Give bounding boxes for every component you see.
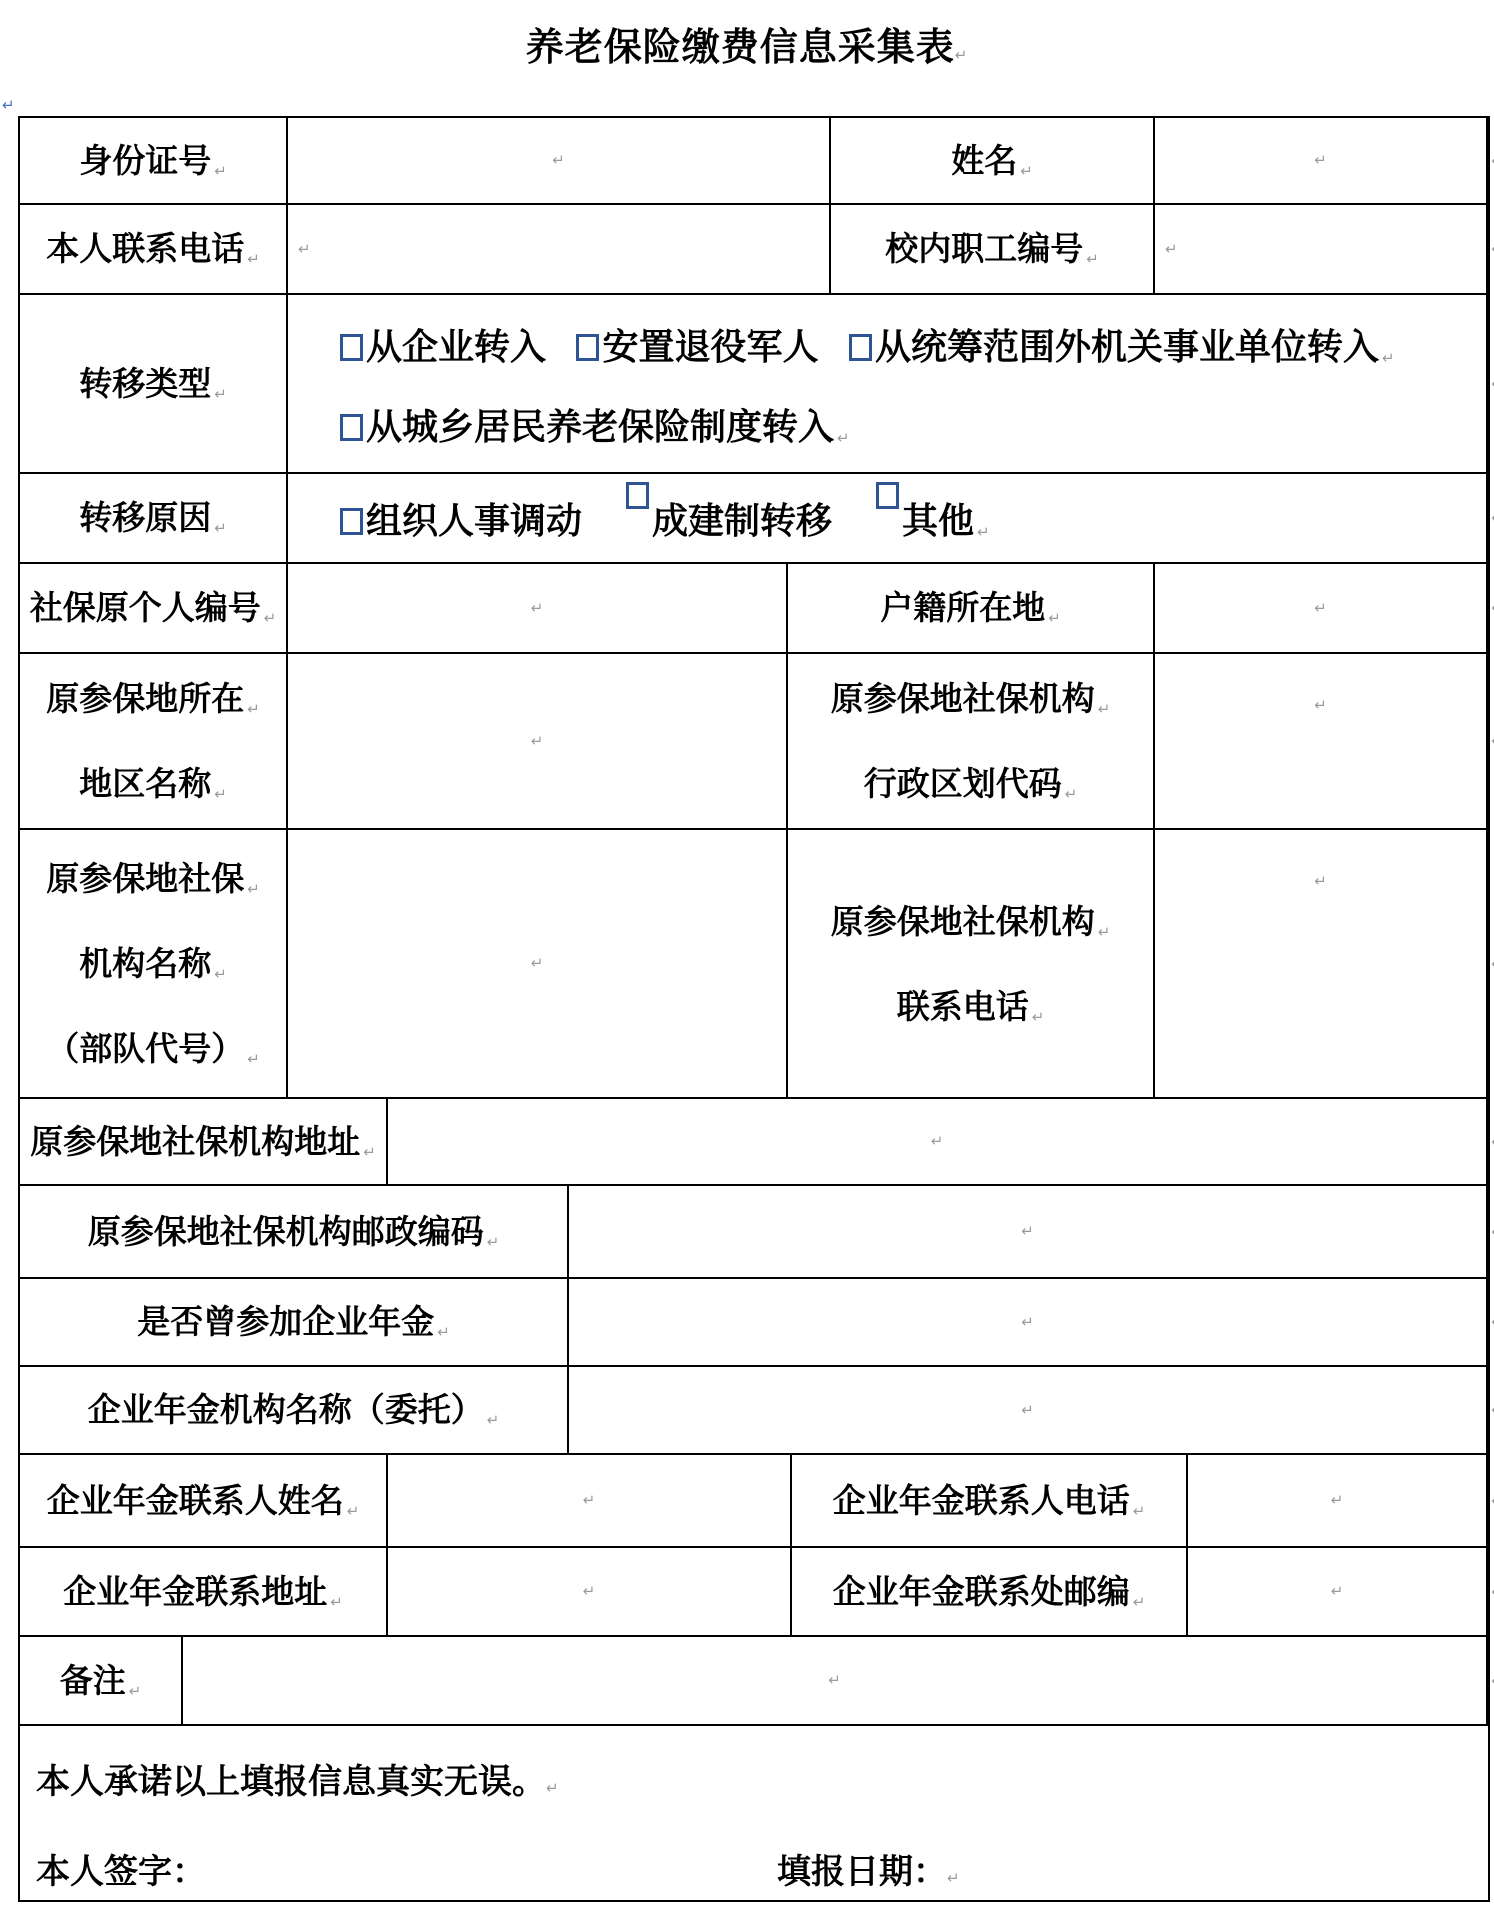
paragraph-mark: ↵ (1314, 601, 1327, 616)
paragraph-mark: ↵ (583, 1493, 596, 1508)
agency-name-field[interactable]: ↵ (288, 830, 788, 1097)
paragraph-mark: ↵ (363, 1145, 376, 1160)
staff-number-label: 校内职工编号↵ (831, 205, 1155, 293)
paragraph-mark: ↵ (214, 521, 227, 536)
paragraph-mark: ↵ (437, 1325, 450, 1340)
checkbox-from-outside-institution[interactable] (849, 334, 872, 361)
option-personnel-transfer[interactable]: 组织人事调动 (340, 493, 582, 544)
agency-postcode-field[interactable]: ↵ (569, 1186, 1488, 1277)
agency-address-label-text: 原参保地社保机构地址 (30, 1123, 360, 1160)
personal-phone-label: 本人联系电话↵ (20, 205, 288, 293)
paragraph-mark: ↵ (298, 242, 311, 257)
personal-phone-field[interactable]: ↵ (288, 205, 831, 293)
paragraph-mark: ↵ (487, 1235, 500, 1250)
checkbox-personnel-transfer[interactable] (340, 508, 363, 535)
form-title-text: 养老保险缴费信息采集表 (526, 27, 955, 69)
paragraph-mark: ↵ (531, 734, 544, 749)
paragraph-mark: ↵ (1165, 242, 1178, 257)
option-from-outside-institution[interactable]: 从统筹范围外机关事业单位转入↵ (849, 319, 1395, 370)
household-location-label-text: 户籍所在地 (880, 589, 1045, 626)
id-number-label: 身份证号↵ (20, 118, 288, 203)
signature-label[interactable]: 本人签字： (36, 1844, 206, 1893)
agency-division-code-field[interactable]: ↵ (1155, 654, 1488, 828)
row-transfer-type: 转移类型↵ 从企业转入 安置退役军人 从统筹范围外机关事业单位转入↵ 从城乡居民… (20, 295, 1488, 474)
form-table: 身份证号↵ ↵ 姓名↵ ↵ ↵ 本人联系电话↵ ↵ 校内职工编号↵ (18, 116, 1490, 1902)
household-location-field[interactable]: ↵ (1155, 564, 1488, 652)
paragraph-mark: ↵ (552, 153, 565, 168)
paragraph-mark: ↵ (531, 601, 544, 616)
checkbox-from-enterprise[interactable] (340, 334, 363, 361)
paragraph-mark: ↵ (129, 1684, 142, 1699)
row-agency-name: 原参保地社保↵ 机构名称↵ （部队代号）↵ ↵ 原参保地社保机构↵ 联系电话↵ … (20, 830, 1488, 1099)
original-region-name-label-line1: 原参保地所在 (46, 680, 244, 717)
option-veteran-placement[interactable]: 安置退役军人 (576, 319, 818, 370)
paragraph-mark: ↵ (1021, 1403, 1034, 1418)
annuity-joined-label: 是否曾参加企业年金↵ (20, 1279, 569, 1365)
annuity-contact-phone-label: 企业年金联系人电话↵ (792, 1455, 1188, 1546)
page: ↵ 养老保险缴费信息采集表↵ 身份证号↵ ↵ 姓名↵ ↵ ↵ 本人联系电话↵ (0, 0, 1494, 1915)
original-ss-number-label: 社保原个人编号↵ (20, 564, 288, 652)
paragraph-mark: ↵ (1048, 611, 1061, 626)
original-ss-number-label-text: 社保原个人编号 (30, 589, 261, 626)
transfer-reason-label-text: 转移原因 (79, 499, 211, 536)
id-number-label-text: 身份证号 (79, 142, 211, 179)
row-id-name: 身份证号↵ ↵ 姓名↵ ↵ ↵ (20, 118, 1488, 205)
form-title: 养老保险缴费信息采集表↵ (0, 16, 1494, 71)
option-from-enterprise[interactable]: 从企业转入 (340, 319, 546, 370)
agency-phone-label-line1: 原参保地社保机构 (831, 903, 1095, 940)
option-organized-transfer-text: 成建制转移 (652, 500, 832, 541)
row-annuity-org: 企业年金机构名称（委托）↵ ↵ ↵ (20, 1367, 1488, 1455)
annuity-postcode-field[interactable]: ↵ (1188, 1548, 1488, 1635)
agency-phone-field[interactable]: ↵ (1155, 830, 1488, 1097)
annuity-org-label-text: 企业年金机构名称（委托） (88, 1391, 484, 1428)
paragraph-mark: ↵ (931, 1134, 944, 1149)
annuity-org-label: 企业年金机构名称（委托）↵ (20, 1367, 569, 1453)
agency-address-label: 原参保地社保机构地址↵ (20, 1099, 388, 1184)
row-footer: 本人承诺以上填报信息真实无误。↵ 本人签字： 填报日期：↵ (20, 1726, 1488, 1900)
agency-name-label-line1: 原参保地社保 (46, 860, 244, 897)
agency-name-label: 原参保地社保↵ 机构名称↵ （部队代号）↵ (20, 830, 288, 1097)
paragraph-mark: ↵ (1314, 698, 1327, 713)
original-region-name-label-line2: 地区名称 (79, 765, 211, 802)
annuity-org-field[interactable]: ↵ (569, 1367, 1488, 1453)
paragraph-mark: ↵ (1021, 1224, 1034, 1239)
page-anchor-mark: ↵ (2, 96, 15, 114)
paragraph-mark: ↵ (330, 1595, 343, 1610)
pledge-statement-text: 本人承诺以上填报信息真实无误。 (36, 1763, 546, 1801)
paragraph-mark: ↵ (977, 525, 990, 540)
paragraph-mark: ↵ (264, 611, 277, 626)
row-annuity-contact: 企业年金联系人姓名↵ ↵ 企业年金联系人电话↵ ↵ ↵ (20, 1455, 1488, 1548)
paragraph-mark: ↵ (955, 47, 969, 64)
annuity-contact-name-label: 企业年金联系人姓名↵ (20, 1455, 388, 1546)
option-personnel-transfer-text: 组织人事调动 (366, 500, 582, 541)
original-region-name-label: 原参保地所在↵ 地区名称↵ (20, 654, 288, 828)
transfer-type-options-line1: 从企业转入 安置退役军人 从统筹范围外机关事业单位转入↵ (340, 319, 1395, 370)
original-ss-number-field[interactable]: ↵ (288, 564, 788, 652)
row-annuity-address: 企业年金联系地址↵ ↵ 企业年金联系处邮编↵ ↵ ↵ (20, 1548, 1488, 1637)
personal-phone-label-text: 本人联系电话 (46, 230, 244, 267)
transfer-reason-label: 转移原因↵ (20, 474, 288, 562)
option-from-outside-institution-text: 从统筹范围外机关事业单位转入 (875, 326, 1379, 367)
option-from-urban-rural-resident[interactable]: 从城乡居民养老保险制度转入↵ (340, 399, 850, 450)
agency-name-label-line3: （部队代号） (46, 1030, 244, 1067)
annuity-contact-name-field[interactable]: ↵ (388, 1455, 792, 1546)
paragraph-mark: ↵ (1314, 874, 1327, 889)
agency-division-code-label-line1: 原参保地社保机构 (831, 680, 1095, 717)
paragraph-mark: ↵ (583, 1584, 596, 1599)
agency-name-label-line2: 机构名称 (79, 945, 211, 982)
row-remarks: 备注↵ ↵ ↵ (20, 1637, 1488, 1726)
option-organized-transfer[interactable]: 成建制转移 (626, 493, 832, 544)
name-label-text: 姓名 (951, 142, 1017, 179)
paragraph-mark: ↵ (347, 1504, 360, 1519)
annuity-joined-field[interactable]: ↵ (569, 1279, 1488, 1365)
paragraph-mark: ↵ (247, 882, 260, 897)
option-other-reason[interactable]: 其他↵ (876, 493, 990, 544)
annuity-joined-label-text: 是否曾参加企业年金 (137, 1303, 434, 1340)
transfer-type-label-text: 转移类型 (79, 365, 211, 402)
paragraph-mark: ↵ (828, 1673, 841, 1688)
date-label[interactable]: 填报日期：↵ (777, 1844, 960, 1893)
agency-division-code-label-line2: 行政区划代码 (864, 765, 1062, 802)
row-phone-empno: 本人联系电话↵ ↵ 校内职工编号↵ ↵ ↵ (20, 205, 1488, 295)
agency-division-code-label: 原参保地社保机构↵ 行政区划代码↵ (788, 654, 1155, 828)
paragraph-mark: ↵ (487, 1413, 500, 1428)
paragraph-mark: ↵ (1133, 1595, 1146, 1610)
checkbox-veteran-placement[interactable] (576, 334, 599, 361)
row-region-name: 原参保地所在↵ 地区名称↵ ↵ 原参保地社保机构↵ 行政区划代码↵ ↵ ↵ (20, 654, 1488, 830)
paragraph-mark: ↵ (1331, 1493, 1344, 1508)
paragraph-mark: ↵ (1382, 351, 1395, 366)
paragraph-mark: ↵ (1086, 252, 1099, 267)
row-agency-address: 原参保地社保机构地址↵ ↵ ↵ (20, 1099, 1488, 1186)
paragraph-mark: ↵ (247, 252, 260, 267)
paragraph-mark: ↵ (247, 702, 260, 717)
household-location-label: 户籍所在地↵ (788, 564, 1155, 652)
transfer-type-options: 从企业转入 安置退役军人 从统筹范围外机关事业单位转入↵ 从城乡居民养老保险制度… (288, 295, 1488, 472)
annuity-postcode-label: 企业年金联系处邮编↵ (792, 1548, 1188, 1635)
paragraph-mark: ↵ (531, 956, 544, 971)
row-agency-postcode: 原参保地社保机构邮政编码↵ ↵ ↵ (20, 1186, 1488, 1279)
paragraph-mark: ↵ (1098, 925, 1111, 940)
date-label-text: 填报日期： (777, 1853, 947, 1891)
option-other-reason-text: 其他 (902, 500, 974, 541)
paragraph-mark: ↵ (214, 387, 227, 402)
staff-number-label-text: 校内职工编号 (885, 230, 1083, 267)
remarks-label: 备注↵ (20, 1637, 183, 1724)
transfer-type-label: 转移类型↵ (20, 295, 288, 472)
paragraph-mark: ↵ (214, 164, 227, 179)
agency-postcode-label: 原参保地社保机构邮政编码↵ (20, 1186, 569, 1277)
staff-number-field[interactable]: ↵ (1155, 205, 1488, 293)
annuity-address-label-text: 企业年金联系地址 (63, 1573, 327, 1610)
option-from-urban-rural-resident-text: 从城乡居民养老保险制度转入 (366, 406, 834, 447)
id-number-field[interactable]: ↵ (288, 118, 831, 203)
agency-phone-label-line2: 联系电话 (897, 988, 1029, 1025)
row-transfer-reason: 转移原因↵ 组织人事调动 成建制转移 其他↵ ↵ (20, 474, 1488, 564)
paragraph-mark: ↵ (1020, 164, 1033, 179)
transfer-reason-options: 组织人事调动 成建制转移 其他↵ (288, 474, 1488, 562)
paragraph-mark: ↵ (546, 1780, 559, 1797)
paragraph-mark: ↵ (1314, 153, 1327, 168)
option-from-enterprise-text: 从企业转入 (366, 326, 546, 367)
paragraph-mark: ↵ (1065, 787, 1078, 802)
paragraph-mark: ↵ (837, 431, 850, 446)
checkbox-from-urban-rural-resident[interactable] (340, 414, 363, 441)
annuity-address-label: 企业年金联系地址↵ (20, 1548, 388, 1635)
agency-address-field[interactable]: ↵ (388, 1099, 1488, 1184)
paragraph-mark: ↵ (214, 787, 227, 802)
paragraph-mark: ↵ (1032, 1010, 1045, 1025)
row-ss-number: 社保原个人编号↵ ↵ 户籍所在地↵ ↵ ↵ (20, 564, 1488, 654)
paragraph-mark: ↵ (1021, 1315, 1034, 1330)
paragraph-mark: ↵ (214, 967, 227, 982)
annuity-contact-name-label-text: 企业年金联系人姓名 (47, 1482, 344, 1519)
transfer-type-options-line2: 从城乡居民养老保险制度转入↵ (340, 399, 850, 450)
row-annuity-joined: 是否曾参加企业年金↵ ↵ ↵ (20, 1279, 1488, 1367)
paragraph-mark: ↵ (1098, 702, 1111, 717)
paragraph-mark: ↵ (947, 1870, 960, 1887)
paragraph-mark: ↵ (247, 1052, 260, 1067)
original-region-name-field[interactable]: ↵ (288, 654, 788, 828)
agency-phone-label: 原参保地社保机构↵ 联系电话↵ (788, 830, 1155, 1097)
agency-postcode-label-text: 原参保地社保机构邮政编码 (88, 1213, 484, 1250)
checkbox-other-reason[interactable] (876, 482, 899, 509)
name-label: 姓名↵ (831, 118, 1155, 203)
remarks-field[interactable]: ↵ (183, 1637, 1488, 1724)
name-field[interactable]: ↵ (1155, 118, 1488, 203)
annuity-postcode-label-text: 企业年金联系处邮编 (833, 1573, 1130, 1610)
paragraph-mark: ↵ (1331, 1584, 1344, 1599)
annuity-contact-phone-label-text: 企业年金联系人电话 (833, 1482, 1130, 1519)
remarks-label-text: 备注 (60, 1662, 126, 1699)
option-veteran-placement-text: 安置退役军人 (602, 326, 818, 367)
checkbox-organized-transfer[interactable] (626, 482, 649, 509)
annuity-address-field[interactable]: ↵ (388, 1548, 792, 1635)
annuity-contact-phone-field[interactable]: ↵ (1188, 1455, 1488, 1546)
pledge-statement: 本人承诺以上填报信息真实无误。↵ (36, 1754, 559, 1803)
paragraph-mark: ↵ (1133, 1504, 1146, 1519)
